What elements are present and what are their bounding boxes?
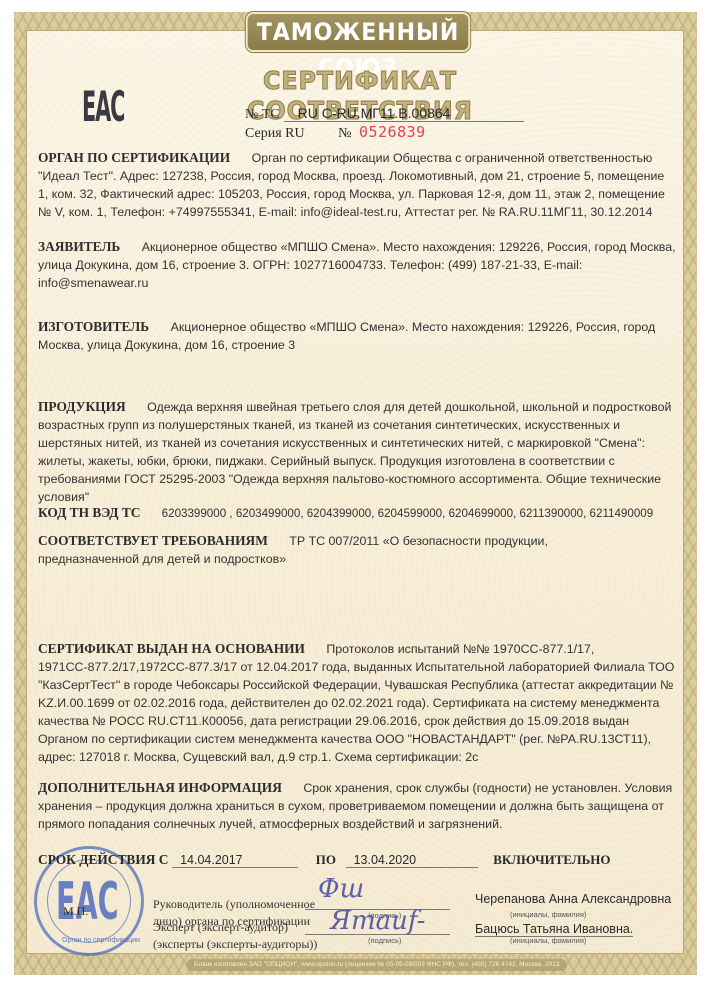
stamp-place-label: М.П. (63, 904, 88, 919)
number-label: № ТС (245, 107, 280, 122)
valid-to-date: 13.04.2020 (346, 853, 478, 868)
valid-from-date: 14.04.2017 (172, 853, 298, 868)
section-additional-info: ДОПОЛНИТЕЛЬНАЯ ИНФОРМАЦИЯ Срок хранения,… (38, 779, 678, 833)
series-no-label: № (338, 126, 351, 141)
validity-label: СРОК ДЕЙСТВИЯ С (38, 852, 168, 867)
stamp-eac-logo-icon: ЕАС (56, 876, 119, 928)
section-text: 6203399000 , 6203499000, 6204399000, 620… (162, 507, 654, 520)
customs-union-banner: ТАМОЖЕННЫЙ СОЮЗ (246, 12, 470, 52)
section-heading: ДОПОЛНИТЕЛЬНАЯ ИНФОРМАЦИЯ (38, 780, 282, 795)
section-heading: КОД ТН ВЭД ТС (38, 505, 140, 520)
validity-period: СРОК ДЕЙСТВИЯ С 14.04.2017 ПО 13.04.2020… (38, 852, 610, 868)
expert-label-line1: Эксперт (эксперт-аудитор) (153, 919, 317, 936)
section-text: Акционерное общество «МПШО Смена». Место… (38, 240, 676, 290)
head-name-caption: (инициалы, фамилия) (510, 910, 586, 919)
section-applicant: ЗАЯВИТЕЛЬ Акционерное общество «МПШО Сме… (38, 238, 678, 292)
number-value: RU C-RU.МГ11.B.00864 (284, 105, 524, 122)
valid-to-label: ПО (316, 852, 336, 867)
printer-note: Бланк изготовлен ЗАО "ОПЦИОН", www.opcio… (186, 959, 567, 971)
head-label-line1: Руководитель (уполномоченное (153, 896, 315, 913)
expert-label-line2: (эксперты (эксперты-аудиторы)) (153, 936, 317, 953)
section-heading: СЕРТИФИКАТ ВЫДАН НА ОСНОВАНИИ (38, 641, 305, 656)
certificate-number: № ТС RU C-RU.МГ11.B.00864 (245, 105, 524, 123)
certificate-series: Серия RU № 0526839 (245, 123, 426, 142)
section-heading: ПРОДУКЦИЯ (38, 399, 126, 414)
head-signatory-name: Черепанова Анна Александровна (475, 892, 671, 906)
section-product: ПРОДУКЦИЯ Одежда верхняя швейная третьег… (38, 398, 678, 506)
stamp-text: Орган по сертификации (62, 937, 140, 944)
section-certification-body: ОРГАН ПО СЕРТИФИКАЦИИ Орган по сертифика… (38, 149, 678, 221)
series-label: Серия RU (245, 126, 305, 141)
section-text: Протоколов испытаний №№ 1970СС-877.1/17,… (38, 642, 674, 764)
section-heading: ОРГАН ПО СЕРТИФИКАЦИИ (38, 150, 230, 165)
head-signature-icon: Фш (318, 874, 364, 904)
inclusive-label: ВКЛЮЧИТЕЛЬНО (493, 852, 610, 867)
section-heading: ИЗГОТОВИТЕЛЬ (38, 319, 149, 334)
section-heading: СООТВЕТСТВУЕТ ТРЕБОВАНИЯМ (38, 533, 268, 548)
expert-name-caption: (инициалы, фамилия) (510, 936, 586, 945)
expert-signatory-name: Бацюсь Татьяна Ивановна. (475, 922, 633, 937)
expert-signatory-label: Эксперт (эксперт-аудитор) (эксперты (экс… (153, 919, 317, 953)
expert-signature-icon: Ятаиf- (330, 906, 425, 936)
section-text: Одежда верхняя швейная третьего слоя для… (38, 400, 671, 504)
section-heading: ЗАЯВИТЕЛЬ (38, 239, 120, 254)
eac-logo-icon: ЕАС (82, 86, 124, 128)
expert-signature-caption: (подпись) (368, 936, 401, 945)
section-manufacturer: ИЗГОТОВИТЕЛЬ Акционерное общество «МПШО … (38, 318, 678, 354)
section-conforms: СООТВЕТСТВУЕТ ТРЕБОВАНИЯМ ТР ТС 007/2011… (38, 532, 578, 568)
series-number: 0526839 (359, 123, 426, 141)
section-hs-code: КОД ТН ВЭД ТС 6203399000 , 6203499000, 6… (38, 504, 708, 523)
section-basis: СЕРТИФИКАТ ВЫДАН НА ОСНОВАНИИ Протоколов… (38, 640, 678, 766)
